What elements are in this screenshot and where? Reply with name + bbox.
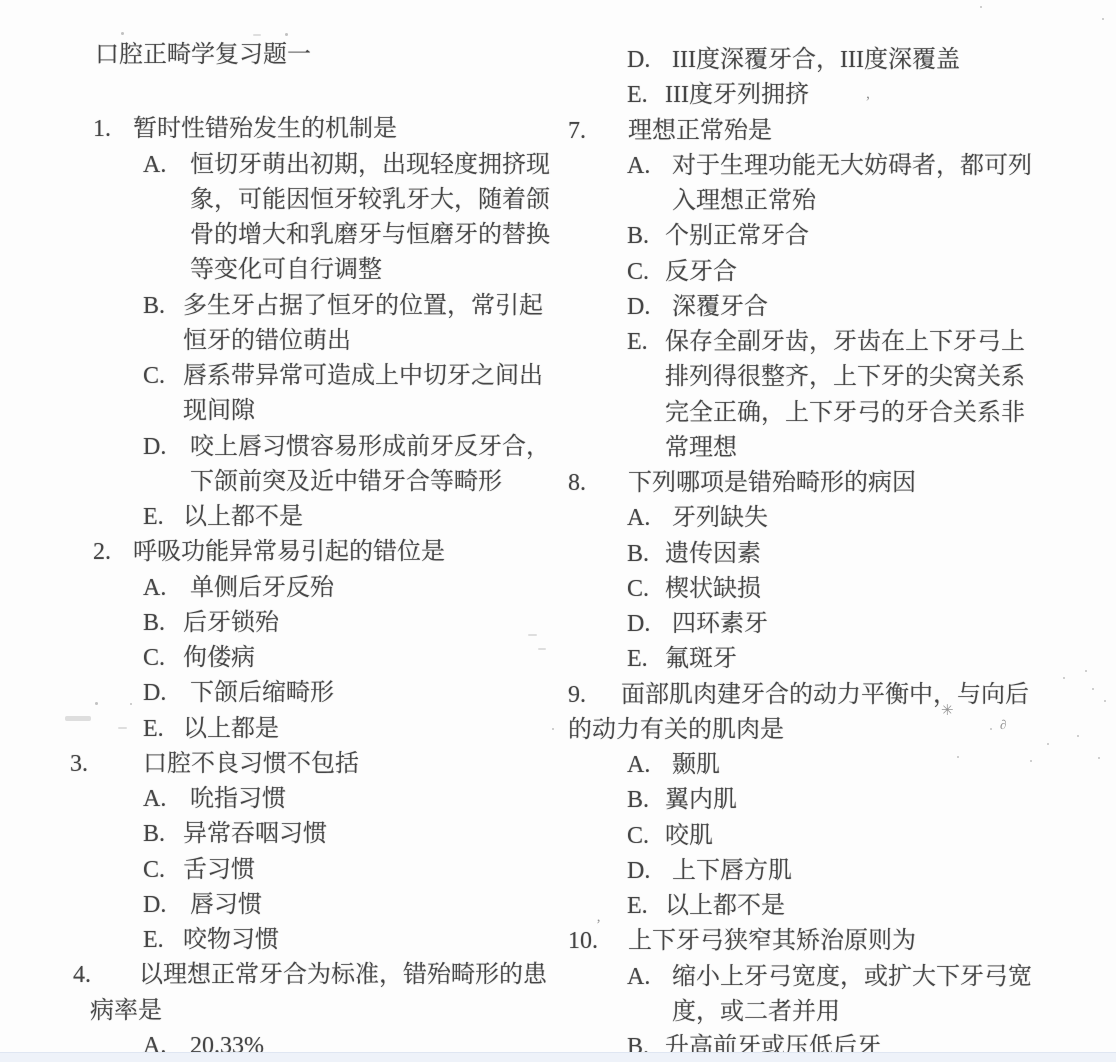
option-letter: D.: [143, 430, 190, 501]
option-row: B.个别正常牙合: [627, 219, 1116, 254]
option-text: 遗传因素: [665, 537, 1033, 572]
scan-smear: [65, 716, 91, 721]
scanned-exam-page: 口腔正畸学复习题一 1.暂时性错殆发生的机制是A.恒切牙萌出初期，出现轻度拥挤现…: [0, 0, 1116, 1062]
question-row: 1.暂时性错殆发生的机制是: [93, 112, 560, 147]
scan-speck: [990, 728, 992, 730]
option-letter: C.: [143, 359, 183, 430]
option-letter: D.: [143, 888, 190, 923]
question-text: 理想正常殆是: [628, 114, 1116, 149]
option-letter: E.: [627, 889, 665, 924]
option-letter: A.: [143, 571, 190, 606]
option-letter: D.: [627, 854, 672, 889]
option-text: 后牙锁殆: [183, 606, 545, 641]
option-letter: A.: [143, 782, 190, 817]
scan-smear: [118, 727, 127, 729]
option-row: D.咬上唇习惯容易形成前牙反牙合，下颌前突及近中错牙合等畸形: [143, 430, 560, 501]
option-letter: C.: [627, 572, 665, 607]
option-text: 单侧后牙反殆: [190, 571, 552, 606]
option-text: 佝偻病: [183, 641, 545, 676]
question-number: 3.: [70, 747, 143, 782]
option-row: A.缩小上牙弓宽度，或扩大下牙弓宽度，或二者并用: [627, 960, 1116, 1031]
option-letter: A.: [627, 149, 672, 220]
scan-artifact-tick: ’: [596, 918, 601, 933]
scan-speck: [1104, 700, 1106, 702]
scan-artifact-squiggle: ∂: [1000, 718, 1006, 731]
option-letter: C.: [143, 853, 183, 888]
option-row: B.翼内肌: [627, 783, 1116, 818]
question-text: 暂时性错殆发生的机制是: [133, 112, 560, 147]
option-row: C.楔状缺损: [627, 572, 1116, 607]
option-row: C.咬肌: [627, 819, 1116, 854]
option-letter: B.: [627, 783, 665, 818]
question-number: 8.: [568, 466, 628, 501]
option-letter: B.: [143, 606, 183, 641]
question-row: 7.理想正常殆是: [568, 114, 1116, 149]
option-row: B.遗传因素: [627, 537, 1116, 572]
title-spacer: [0, 73, 560, 112]
option-text: 个别正常牙合: [665, 219, 1033, 254]
option-row: E.以上都是: [143, 712, 560, 747]
option-row: E.III度牙列拥挤: [627, 78, 1116, 113]
option-letter: A.: [143, 148, 190, 289]
scan-artifact-comma: ,: [866, 86, 870, 102]
option-letter: E.: [143, 923, 183, 958]
question-text: 以理想正常牙合为标准，错殆畸形的患病率是: [90, 962, 547, 1023]
question-row: 4.以理想正常牙合为标准，错殆畸形的患病率是: [90, 958, 557, 1029]
scan-speck: [1102, 18, 1104, 20]
scan-smear: [528, 634, 537, 636]
option-letter: C.: [143, 641, 183, 676]
scan-speck: [1063, 677, 1065, 679]
scan-speck: [285, 33, 288, 36]
option-letter: D.: [143, 676, 190, 711]
option-row: A.颞肌: [627, 748, 1116, 783]
option-row: E.氟斑牙: [627, 642, 1116, 677]
option-text: 吮指习惯: [190, 782, 552, 817]
right-column: D.III度深覆牙合，III度深覆盖E.III度牙列拥挤 7.理想正常殆是A.对…: [560, 43, 1116, 1062]
option-row: A.恒切牙萌出初期，出现轻度拥挤现象，可能因恒牙较乳牙大，随着颌骨的增大和乳磨牙…: [143, 148, 560, 289]
option-letter: E.: [143, 712, 183, 747]
option-text: 异常吞咽习惯: [183, 817, 545, 852]
option-row: A.单侧后牙反殆: [143, 571, 560, 606]
scanner-edge-strip: [0, 1052, 1116, 1062]
option-row: C.舌习惯: [143, 853, 560, 888]
option-text: 咬上唇习惯容易形成前牙反牙合，下颌前突及近中错牙合等畸形: [190, 430, 552, 501]
option-row: E.以上都不是: [143, 500, 560, 535]
scan-speck: [130, 703, 132, 705]
option-row: D.唇习惯: [143, 888, 560, 923]
option-text: III度深覆牙合，III度深覆盖: [672, 43, 1040, 78]
question-row: 8.下列哪项是错殆畸形的病因: [568, 466, 1116, 501]
option-row: A.对于生理功能无大妨碍者，都可列入理想正常殆: [627, 149, 1116, 220]
question-row: 9.面部肌肉建牙合的动力平衡中，与向后的动力有关的肌肉是: [568, 678, 1042, 749]
question-number: 4.: [73, 962, 91, 988]
option-text: III度牙列拥挤: [665, 78, 1033, 113]
option-row: C.佝偻病: [143, 641, 560, 676]
scan-artifact-star: ✳: [941, 704, 954, 719]
question-number: 2.: [93, 535, 133, 570]
scan-speck: [1085, 670, 1087, 672]
option-letter: E.: [627, 325, 665, 466]
option-text: 反牙合: [665, 255, 1033, 290]
scan-smear: [253, 34, 261, 36]
option-text: 上下唇方肌: [672, 854, 1040, 889]
option-letter: E.: [143, 500, 183, 535]
option-text: 颞肌: [672, 748, 1040, 783]
option-letter: D.: [627, 43, 672, 78]
option-row: B.异常吞咽习惯: [143, 817, 560, 852]
scan-speck: [980, 6, 982, 8]
question-row: 2.呼吸功能异常易引起的错位是: [93, 535, 560, 570]
option-letter: A.: [627, 501, 672, 536]
option-letter: E.: [627, 78, 665, 113]
option-text: 以上都是: [183, 712, 545, 747]
option-letter: B.: [143, 289, 183, 360]
scan-speck: [957, 756, 959, 758]
option-row: C.唇系带异常可造成上中切牙之间出现间隙: [143, 359, 560, 430]
question-text: 下列哪项是错殆畸形的病因: [628, 466, 1116, 501]
question-text: 呼吸功能异常易引起的错位是: [133, 535, 560, 570]
option-text: 恒切牙萌出初期，出现轻度拥挤现象，可能因恒牙较乳牙大，随着颌骨的增大和乳磨牙与恒…: [190, 148, 552, 289]
option-text: 以上都不是: [665, 889, 1033, 924]
scan-speck: [1047, 743, 1049, 745]
continued-option-list: D.III度深覆牙合，III度深覆盖E.III度牙列拥挤: [560, 43, 1116, 114]
option-row: A.牙列缺失: [627, 501, 1116, 536]
scan-speck: [1077, 735, 1079, 737]
option-row: D.上下唇方肌: [627, 854, 1116, 889]
option-letter: C.: [627, 819, 665, 854]
question-number: 7.: [568, 114, 628, 149]
option-row: E.保存全副牙齿，牙齿在上下牙弓上排列得很整齐，上下牙的尖窝关系完全正确，上下牙…: [627, 325, 1116, 466]
option-text: 保存全副牙齿，牙齿在上下牙弓上排列得很整齐，上下牙的尖窝关系完全正确，上下牙弓的…: [665, 325, 1033, 466]
option-letter: C.: [627, 255, 665, 290]
option-letter: B.: [627, 219, 665, 254]
option-letter: B.: [627, 537, 665, 572]
option-text: 四环素牙: [672, 607, 1040, 642]
option-letter: D.: [627, 290, 672, 325]
scan-speck: [1098, 757, 1100, 759]
question-row: 3.口腔不良习惯不包括: [70, 747, 560, 782]
scan-speck: [1030, 760, 1032, 762]
option-text: 咬肌: [665, 819, 1033, 854]
option-letter: E.: [627, 642, 665, 677]
option-letter: D.: [627, 607, 672, 642]
scan-smear: [538, 648, 546, 650]
option-text: 咬物习惯: [183, 923, 545, 958]
scan-speck: [1092, 688, 1094, 690]
option-text: 唇习惯: [190, 888, 552, 923]
option-letter: B.: [143, 817, 183, 852]
question-number: 9.: [568, 682, 586, 708]
option-text: 氟斑牙: [665, 642, 1033, 677]
option-row: B.后牙锁殆: [143, 606, 560, 641]
option-text: 以上都不是: [183, 500, 545, 535]
option-text: 牙列缺失: [672, 501, 1040, 536]
option-row: E.以上都不是: [627, 889, 1116, 924]
option-text: 翼内肌: [665, 783, 1033, 818]
option-text: 多生牙占据了恒牙的位置，常引起恒牙的错位萌出: [183, 289, 545, 360]
question-text: 上下牙弓狭窄其矫治原则为: [628, 924, 1116, 959]
option-row: B.多生牙占据了恒牙的位置，常引起恒牙的错位萌出: [143, 289, 560, 360]
left-column: 口腔正畸学复习题一 1.暂时性错殆发生的机制是A.恒切牙萌出初期，出现轻度拥挤现…: [0, 38, 560, 1062]
option-row: D.下颌后缩畸形: [143, 676, 560, 711]
option-text: 对于生理功能无大妨碍者，都可列入理想正常殆: [672, 149, 1040, 220]
scan-speck: [95, 702, 98, 705]
option-text: 唇系带异常可造成上中切牙之间出现间隙: [183, 359, 545, 430]
option-text: 下颌后缩畸形: [190, 676, 552, 711]
question-text: 口腔不良习惯不包括: [143, 747, 560, 782]
option-row: D.四环素牙: [627, 607, 1116, 642]
question-text: 面部肌肉建牙合的动力平衡中，与向后的动力有关的肌肉是: [568, 682, 1029, 743]
option-row: D.深覆牙合: [627, 290, 1116, 325]
question-row: 10.上下牙弓狭窄其矫治原则为: [568, 924, 1116, 959]
question-number: 1.: [93, 112, 133, 147]
option-row: E.咬物习惯: [143, 923, 560, 958]
option-letter: A.: [627, 748, 672, 783]
scan-speck: [552, 728, 554, 730]
scan-speck: [137, 52, 140, 55]
right-question-list: 7.理想正常殆是A.对于生理功能无大妨碍者，都可列入理想正常殆B.个别正常牙合C…: [560, 114, 1116, 1062]
option-text: 楔状缺损: [665, 572, 1033, 607]
option-text: 深覆牙合: [672, 290, 1040, 325]
option-row: C.反牙合: [627, 255, 1116, 290]
page-title: 口腔正畸学复习题一: [95, 38, 560, 73]
option-row: A.吮指习惯: [143, 782, 560, 817]
option-text: 舌习惯: [183, 853, 545, 888]
option-row: D.III度深覆牙合，III度深覆盖: [627, 43, 1116, 78]
scan-speck: [121, 32, 124, 35]
option-letter: A.: [627, 960, 672, 1031]
left-question-list: 1.暂时性错殆发生的机制是A.恒切牙萌出初期，出现轻度拥挤现象，可能因恒牙较乳牙…: [0, 112, 560, 1062]
option-text: 缩小上牙弓宽度，或扩大下牙弓宽度，或二者并用: [672, 960, 1040, 1031]
